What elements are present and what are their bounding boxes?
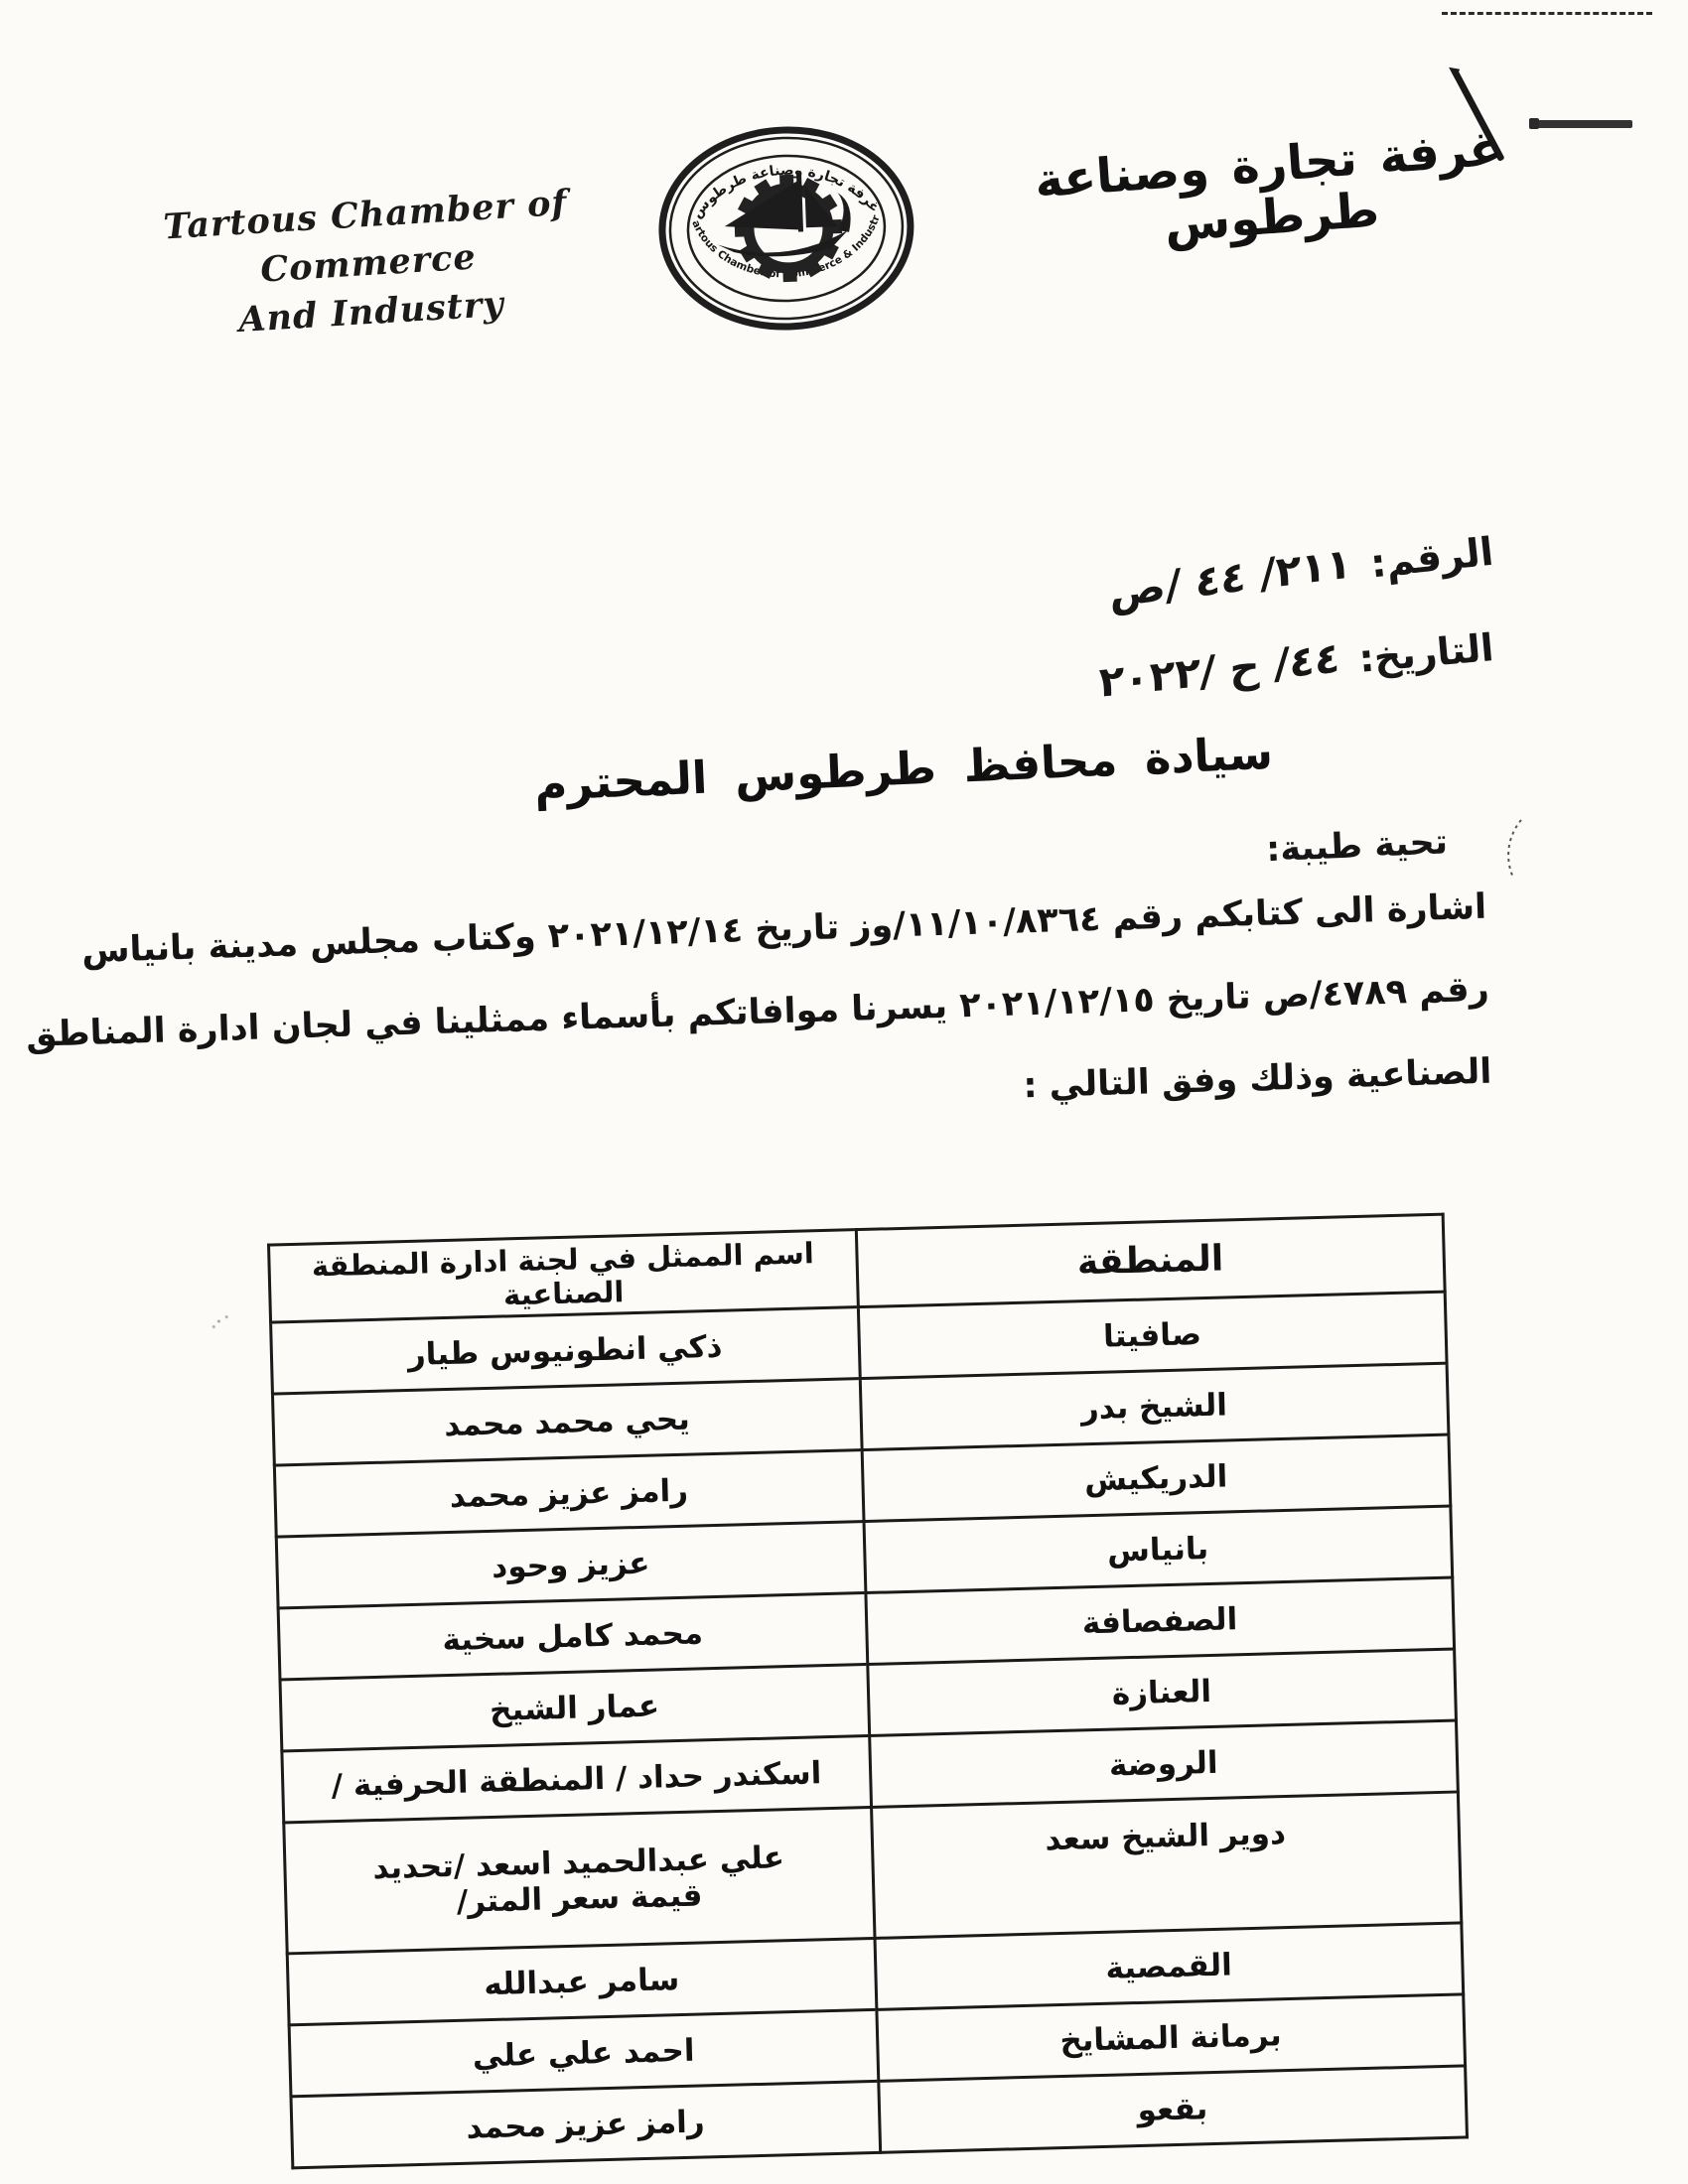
region-cell: دوير الشيخ سعد [871, 1792, 1462, 1938]
region-cell: بقعو [878, 2066, 1467, 2152]
representatives-table: المنطقة اسم الممثل في لجنة ادارة المنطقة… [267, 1213, 1469, 2170]
scan-speck-artifact [209, 1310, 234, 1332]
greeting: تحية طيبة: [1233, 822, 1449, 871]
reference-number-value: ٢١١/ ٤٤ /ص [1109, 538, 1357, 617]
org-name-english: Tartous Chamber of Commerce And Industry [73, 173, 663, 354]
dashed-line-mark [1442, 12, 1652, 15]
reference-date-line: التاريخ: ٤٤/ ح /٢٠٢٢ [947, 621, 1495, 718]
reference-date-value: ٤٤/ ح /٢٠٢٢ [1098, 632, 1345, 707]
chamber-seal-logo: غرفة تجارة وصناعة طرطوس Tartous Chamber … [649, 118, 922, 341]
reference-number-label: الرقم: [1368, 530, 1495, 588]
representative-cell: رامز عزيز محمد [291, 2081, 880, 2167]
reference-date-label: التاريخ: [1357, 625, 1495, 681]
short-underline-mark [1537, 120, 1632, 128]
letter-body: اشارة الى كتابكم رقم ١١/١٠/٨٣٦٤/وز تاريخ… [198, 867, 1492, 1155]
scanned-letter-page: Tartous Chamber of Commerce And Industry… [0, 0, 1688, 2184]
reference-number-line: الرقم: ٢١١/ ٤٤ /ص [992, 526, 1495, 627]
salutation: سيادة محافظ طرطوس المحترم [525, 726, 1282, 811]
representative-cell: علي عبدالحميد اسعد /تحديد قيمة سعر المتر… [284, 1807, 875, 1953]
org-name-arabic: غرفة تجارة وصناعة طرطوس [1018, 122, 1522, 261]
